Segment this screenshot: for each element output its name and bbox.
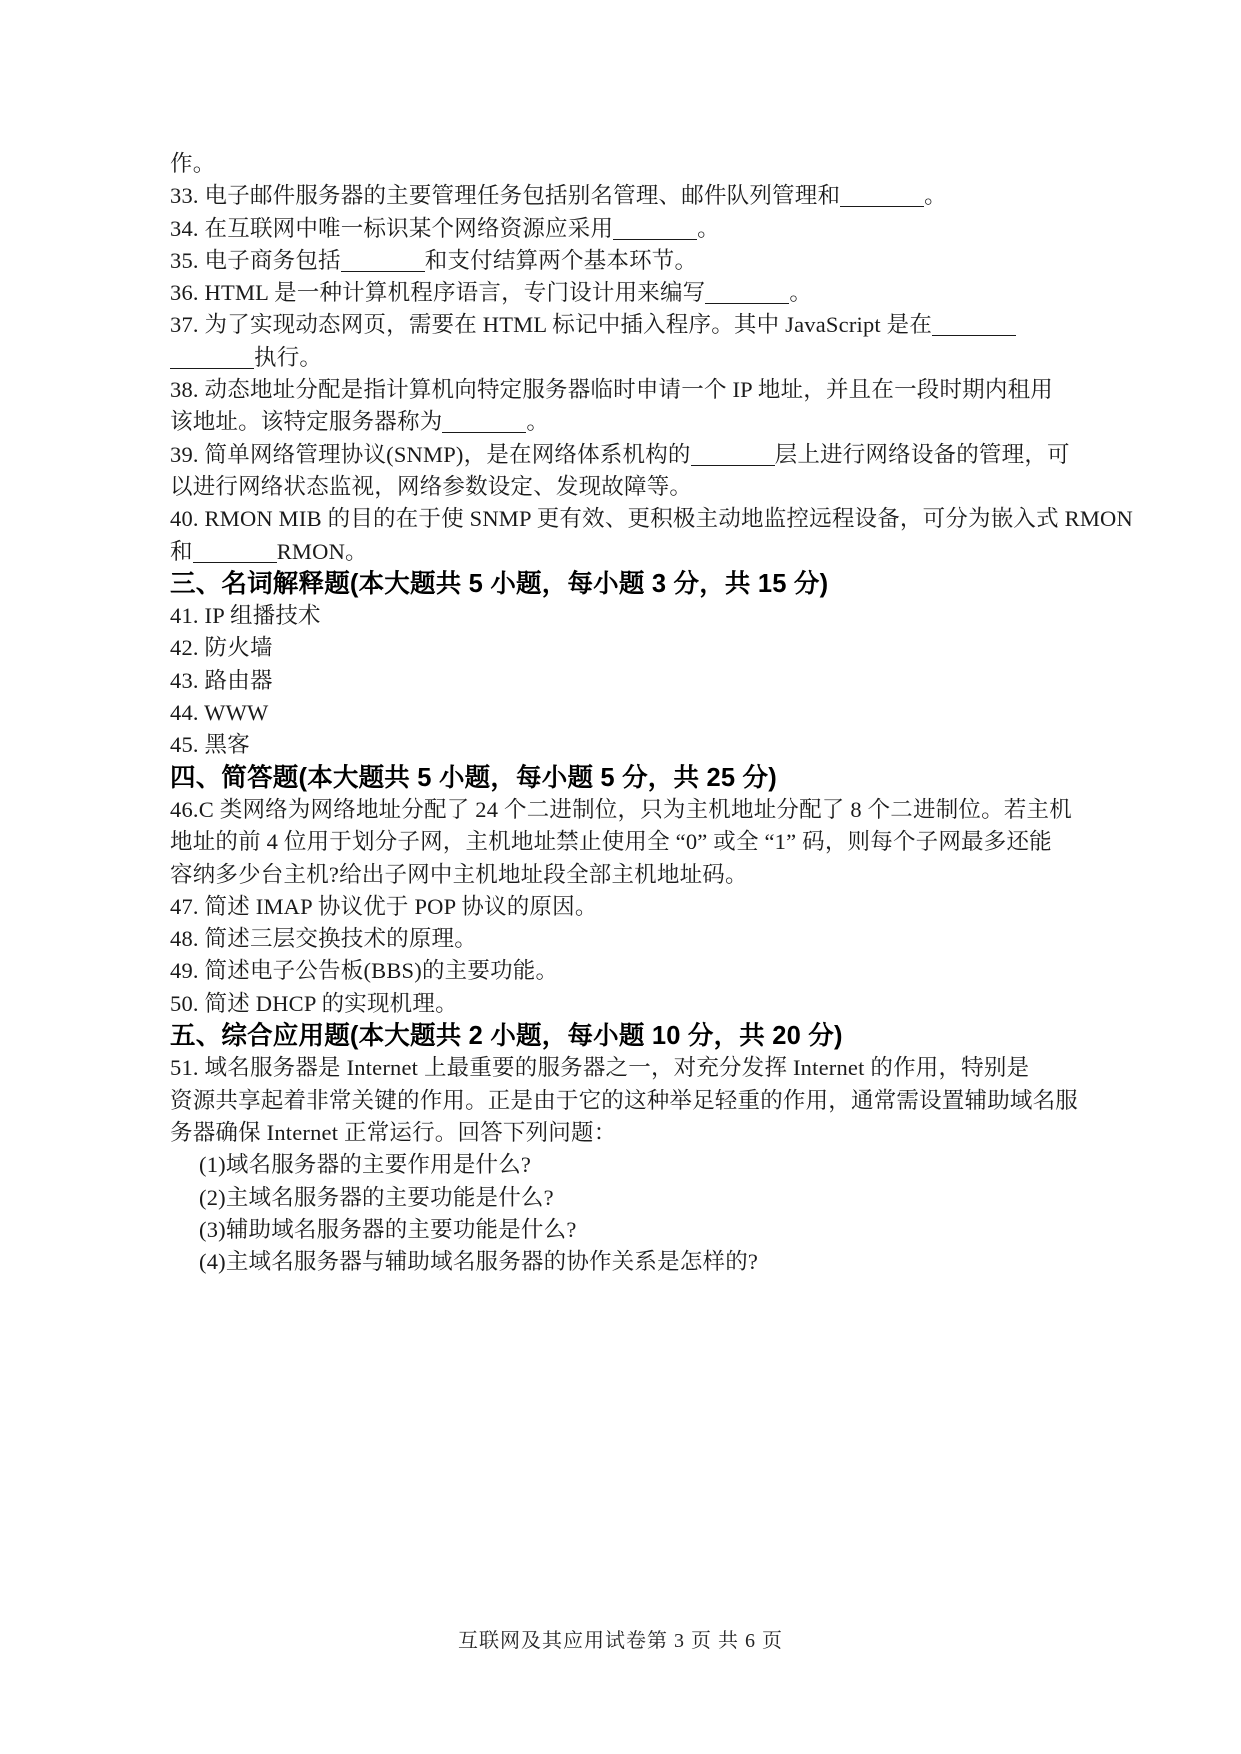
sub-question-line: (2)主域名服务器的主要功能是什么? (170, 1182, 1078, 1214)
document-line: 50. 简述 DHCP 的实现机理。 (170, 988, 1078, 1020)
document-line: 36. HTML 是一种计算机程序语言，专门设计用来编写。 (170, 277, 1078, 309)
document-line: 41. IP 组播技术 (170, 600, 1078, 632)
fill-in-blank (691, 442, 775, 466)
fill-in-blank (932, 313, 1016, 337)
document-line: 37. 为了实现动态网页，需要在 HTML 标记中插入程序。其中 JavaScr… (170, 309, 1078, 341)
fill-in-blank (613, 216, 697, 240)
sub-question-line: (1)域名服务器的主要作用是什么? (170, 1149, 1078, 1181)
document-line: 40. RMON MIB 的目的在于使 SNMP 更有效、更积极主动地监控远程设… (170, 503, 1078, 535)
document-line: 46.C 类网络为网络地址分配了 24 个二进制位，只为主机地址分配了 8 个二… (170, 794, 1078, 826)
page-footer: 互联网及其应用试卷第 3 页 共 6 页 (0, 1628, 1241, 1654)
document-line: 51. 域名服务器是 Internet 上最重要的服务器之一，对充分发挥 Int… (170, 1052, 1078, 1084)
document-line: 38. 动态地址分配是指计算机向特定服务器临时申请一个 IP 地址，并且在一段时… (170, 374, 1078, 406)
section-heading: 五、综合应用题(本大题共 2 小题，每小题 10 分，共 20 分) (170, 1020, 1078, 1052)
document-line: 作。 (170, 148, 1078, 180)
document-line: 33. 电子邮件服务器的主要管理任务包括别名管理、邮件队列管理和。 (170, 180, 1078, 212)
document-line: 39. 简单网络管理协议(SNMP)，是在网络体系机构的层上进行网络设备的管理，… (170, 439, 1078, 471)
section-heading: 三、名词解释题(本大题共 5 小题，每小题 3 分，共 15 分) (170, 568, 1078, 600)
fill-in-blank (341, 248, 425, 272)
document-line: 48. 简述三层交换技术的原理。 (170, 923, 1078, 955)
document-line: 执行。 (170, 342, 1078, 374)
fill-in-blank (840, 184, 924, 208)
sub-question-line: (4)主域名服务器与辅助域名服务器的协作关系是怎样的? (170, 1246, 1078, 1278)
document-line: 47. 简述 IMAP 协议优于 POP 协议的原因。 (170, 891, 1078, 923)
document-line: 34. 在互联网中唯一标识某个网络资源应采用。 (170, 213, 1078, 245)
document-line: 43. 路由器 (170, 665, 1078, 697)
document-body: 作。33. 电子邮件服务器的主要管理任务包括别名管理、邮件队列管理和。34. 在… (170, 148, 1078, 1278)
document-line: 和RMON。 (170, 536, 1078, 568)
fill-in-blank (442, 410, 526, 434)
document-line: 49. 简述电子公告板(BBS)的主要功能。 (170, 955, 1078, 987)
document-line: 44. WWW (170, 697, 1078, 729)
document-line: 务器确保 Internet 正常运行。回答下列问题： (170, 1117, 1078, 1149)
document-line: 42. 防火墙 (170, 632, 1078, 664)
fill-in-blank (705, 281, 789, 305)
document-line: 35. 电子商务包括和支付结算两个基本环节。 (170, 245, 1078, 277)
document-line: 地址的前 4 位用于划分子网，主机地址禁止使用全 “0” 或全 “1” 码，则每… (170, 826, 1078, 858)
document-line: 以进行网络状态监视，网络参数设定、发现故障等。 (170, 471, 1078, 503)
exam-page: 作。33. 电子邮件服务器的主要管理任务包括别名管理、邮件队列管理和。34. 在… (0, 0, 1241, 1754)
document-line: 资源共享起着非常关键的作用。正是由于它的这种举足轻重的作用，通常需设置辅助域名服 (170, 1085, 1078, 1117)
section-heading: 四、简答题(本大题共 5 小题，每小题 5 分，共 25 分) (170, 762, 1078, 794)
sub-question-line: (3)辅助域名服务器的主要功能是什么? (170, 1214, 1078, 1246)
document-line: 该地址。该特定服务器称为。 (170, 406, 1078, 438)
fill-in-blank (193, 539, 277, 563)
document-line: 容纳多少台主机?给出子网中主机地址段全部主机地址码。 (170, 859, 1078, 891)
fill-in-blank (170, 345, 254, 369)
document-line: 45. 黑客 (170, 729, 1078, 761)
